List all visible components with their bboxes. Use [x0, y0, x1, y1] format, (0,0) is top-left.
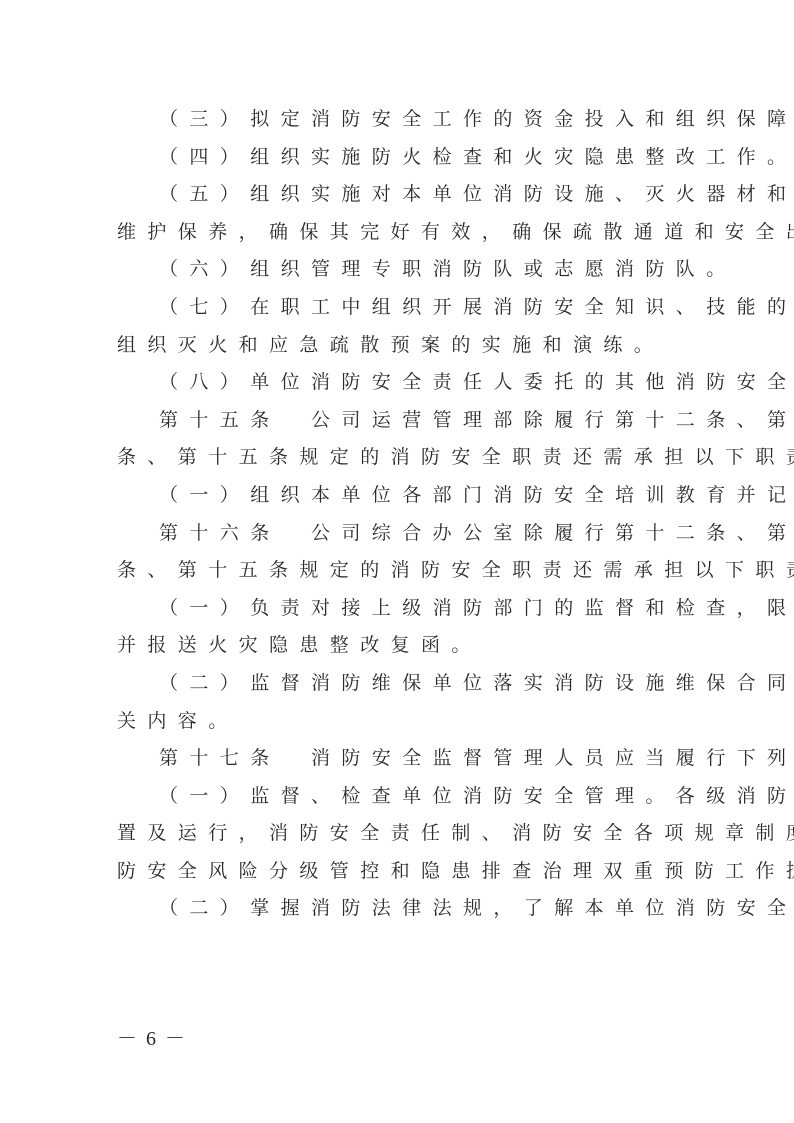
paragraph-line: （一）负责对接上级消防部门的监督和检查，限期整改火灾隐患 — [117, 590, 677, 628]
article-heading-line: 第十六条 公司综合办公室除履行第十二条、第十三条、第十四 — [117, 515, 677, 553]
paragraph-line: （三）拟定消防安全工作的资金投入和组织保障方案。 — [117, 101, 677, 139]
article-heading-line: 第十七条 消防安全监督管理人员应当履行下列消防安全职责： — [117, 740, 677, 778]
paragraph-line: （八）单位消防安全责任人委托的其他消防安全管理工作。 — [117, 364, 677, 402]
page-number: － 6 － — [117, 1025, 187, 1053]
paragraph-line: （一）组织本单位各部门消防安全培训教育并记录。 — [117, 477, 677, 515]
document-body: （三）拟定消防安全工作的资金投入和组织保障方案。 （四）组织实施防火检查和火灾隐… — [117, 101, 677, 928]
article-heading-line: 第十五条 公司运营管理部除履行第十二条、第十三条、第十四 — [117, 402, 677, 440]
paragraph-line: 防安全风险分级管控和隐患排查治理双重预防工作执行等。 — [117, 853, 677, 891]
paragraph-line: （六）组织管理专职消防队或志愿消防队。 — [117, 251, 677, 289]
paragraph-line: （二）监督消防维保单位落实消防设施维保合同（协议）约定相 — [117, 665, 677, 703]
paragraph-line: （四）组织实施防火检查和火灾隐患整改工作。 — [117, 139, 677, 177]
document-page: （三）拟定消防安全工作的资金投入和组织保障方案。 （四）组织实施防火检查和火灾隐… — [0, 0, 794, 1123]
paragraph-line: （二）掌握消防法律法规，了解本单位消防安全管理状况，定期 — [117, 890, 677, 928]
paragraph-line: （一）监督、检查单位消防安全管理。各级消防安全组织体系设 — [117, 778, 677, 816]
paragraph-line: 组织灭火和应急疏散预案的实施和演练。 — [117, 327, 677, 365]
paragraph-line: 关内容。 — [117, 703, 677, 741]
paragraph-line: （五）组织实施对本单位消防设施、灭火器材和消防安全标志的 — [117, 176, 677, 214]
paragraph-line: 并报送火灾隐患整改复函。 — [117, 627, 677, 665]
paragraph-line: 条、第十五条规定的消防安全职责还需承担以下职责： — [117, 439, 677, 477]
paragraph-line: 置及运行，消防安全责任制、消防安全各项规章制度建立及落实，消 — [117, 815, 677, 853]
paragraph-line: 条、第十五条规定的消防安全职责还需承担以下职责： — [117, 552, 677, 590]
paragraph-line: （七）在职工中组织开展消防安全知识、技能的宣传教育和培训， — [117, 289, 677, 327]
paragraph-line: 维护保养，确保其完好有效，确保疏散通道和安全出口畅通。 — [117, 214, 677, 252]
